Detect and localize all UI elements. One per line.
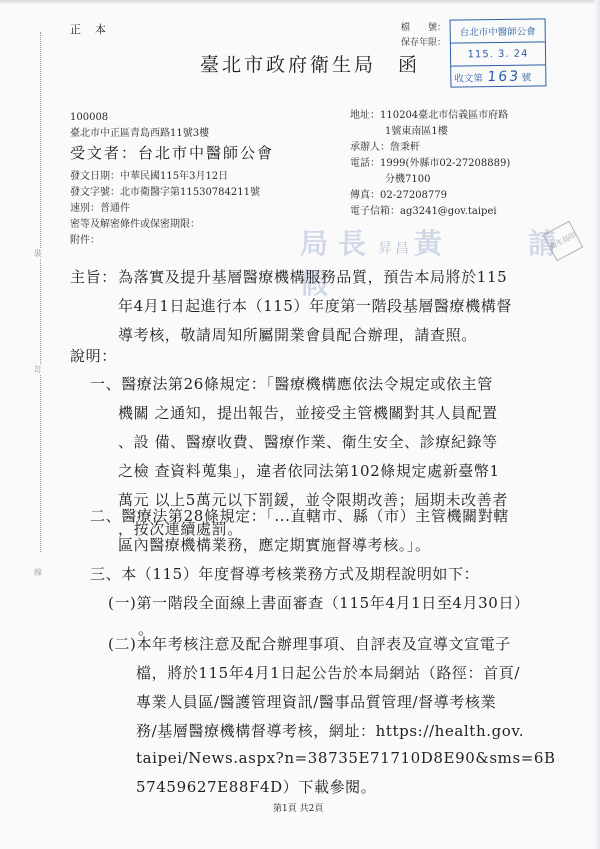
contact-address-line1: 地址：110204臺北市信義區市府路 [350, 108, 508, 124]
item1-line-2: 機關 之通知，提出報告，並接受主管機關對其人員配置 [118, 402, 498, 423]
item3-sub2-line-3: 專業人員區/醫護管理資訊/醫事品質管理/督導考核業 [136, 691, 496, 712]
issue-date: 發文日期：中華民國115年3月12日 [70, 169, 228, 185]
stamp-handwritten-number: 163 [486, 69, 520, 85]
item1-line-4: 之檢 查資料蒐集」，違者依同法第102條規定處新臺幣1 [118, 460, 500, 481]
agency-name: 臺北市政府衛生局 [200, 54, 376, 76]
item3-sub2-line-4: 務/基層醫療機構督導考核，網址：https://health.gov. [136, 720, 524, 741]
scan-edge-right [594, 0, 600, 849]
copy-label: 正本 [70, 21, 120, 37]
binding-mark-zhuang: 裝 [34, 249, 42, 259]
document-type: 函 [398, 54, 420, 76]
classification: 密等及解密條件或保密期限： [70, 217, 200, 233]
item3-sub2-line-5: taipei/News.aspx?n=38735E71710D8E90&sms=… [136, 749, 556, 767]
item3-sub2-line-1: (二)本年考核注意及配合辦理事項、自評表及宣導文宣電子 [108, 633, 511, 654]
subject-line-1: 為落實及提升基層醫療機構服務品質，預告本局將於115 [118, 266, 507, 287]
handler: 承辦人：詹秉軒 [350, 140, 420, 156]
item1-line-3: 、設 備、醫療收費、醫療作業、衛生安全、診療紀錄等 [118, 431, 498, 452]
page-indicator: 第1頁 共2頁 [273, 801, 323, 814]
item2-line-1: 二、醫療法第28條規定：「...直轄市、縣（市）主管機關對轄 [90, 505, 509, 526]
phone-line1: 電話：1999(外縣市02-27208889) [350, 156, 510, 172]
file-meta: 檔 號： 保存年限： [368, 21, 446, 51]
phone-line2: 分機7100 [385, 172, 430, 188]
postal-code: 100008 [70, 110, 108, 126]
document-page: 裝 訂 線 正本 檔 號： 保存年限： 台北市中醫師公會 115. 3. 24 … [0, 0, 600, 849]
binding-line [40, 32, 41, 552]
subject-label: 主旨： [70, 266, 117, 287]
stamp-org: 台北市中醫師公會 [451, 19, 545, 43]
item3-line-1: 三、本（115）年度督導考核業務方式及期程說明如下： [90, 563, 479, 584]
binding-mark-xian: 線 [34, 568, 42, 578]
item1-line-1: 一、醫療法第26條規定：「醫療機構應依法令規定或依主管 [90, 373, 493, 394]
file-number-label: 檔 號： [368, 21, 446, 36]
contact-address-line2: 1號東南區1樓 [385, 124, 448, 140]
item3-sub1-line-1: (一)第一階段全面線上書面審查（115年4月1日至4月30日） [108, 592, 530, 613]
email: 電子信箱：ag3241@gov.taipei [350, 204, 497, 220]
recipient-address: 臺北市中正區青島西路11號3樓 [70, 126, 209, 142]
subject-line-3: 導考核，敬請周知所屬開業會員配合辦理，請查照。 [118, 324, 477, 345]
signature-seal: 昇昌 [378, 238, 412, 258]
scan-edge-top [0, 0, 600, 5]
document-title: 臺北市政府衛生局函 [200, 50, 420, 77]
recipient: 受文者：台北市中醫師公會 [70, 142, 274, 163]
fax: 傳真：02-27208779 [350, 188, 447, 204]
issue-number: 發文字號：北市衛醫字第11530784211號 [70, 185, 260, 201]
stamp-prefix: 收文第 [454, 70, 483, 84]
stamp-receipt-number-row: 收文第 163 號 [451, 65, 545, 88]
stamp-date: 115. 3. 24 [451, 42, 545, 66]
urgency: 速別：普通件 [70, 201, 130, 217]
receipt-stamp: 台北市中醫師公會 115. 3. 24 收文第 163 號 [450, 18, 547, 87]
binding-mark-ding: 訂 [34, 365, 42, 375]
item2-line-2: 區內醫療機構業務，應定期實施督導考核。」。 [118, 534, 431, 555]
item3-sub2-line-6: 57459627E88F4D）下載參閱。 [136, 776, 376, 797]
attachments: 附件： [70, 233, 100, 249]
subject-line-2: 年4月1日起進行本（115）年度第一階段基層醫療機構督 [118, 295, 512, 316]
retention-label: 保存年限： [368, 36, 446, 51]
stamp-suffix: 號 [521, 70, 531, 84]
item3-sub2-line-2: 檔，將於115年4月1日起公告於本局網站（路徑：首頁/ [136, 662, 520, 683]
explanation-label: 說明： [70, 345, 117, 366]
